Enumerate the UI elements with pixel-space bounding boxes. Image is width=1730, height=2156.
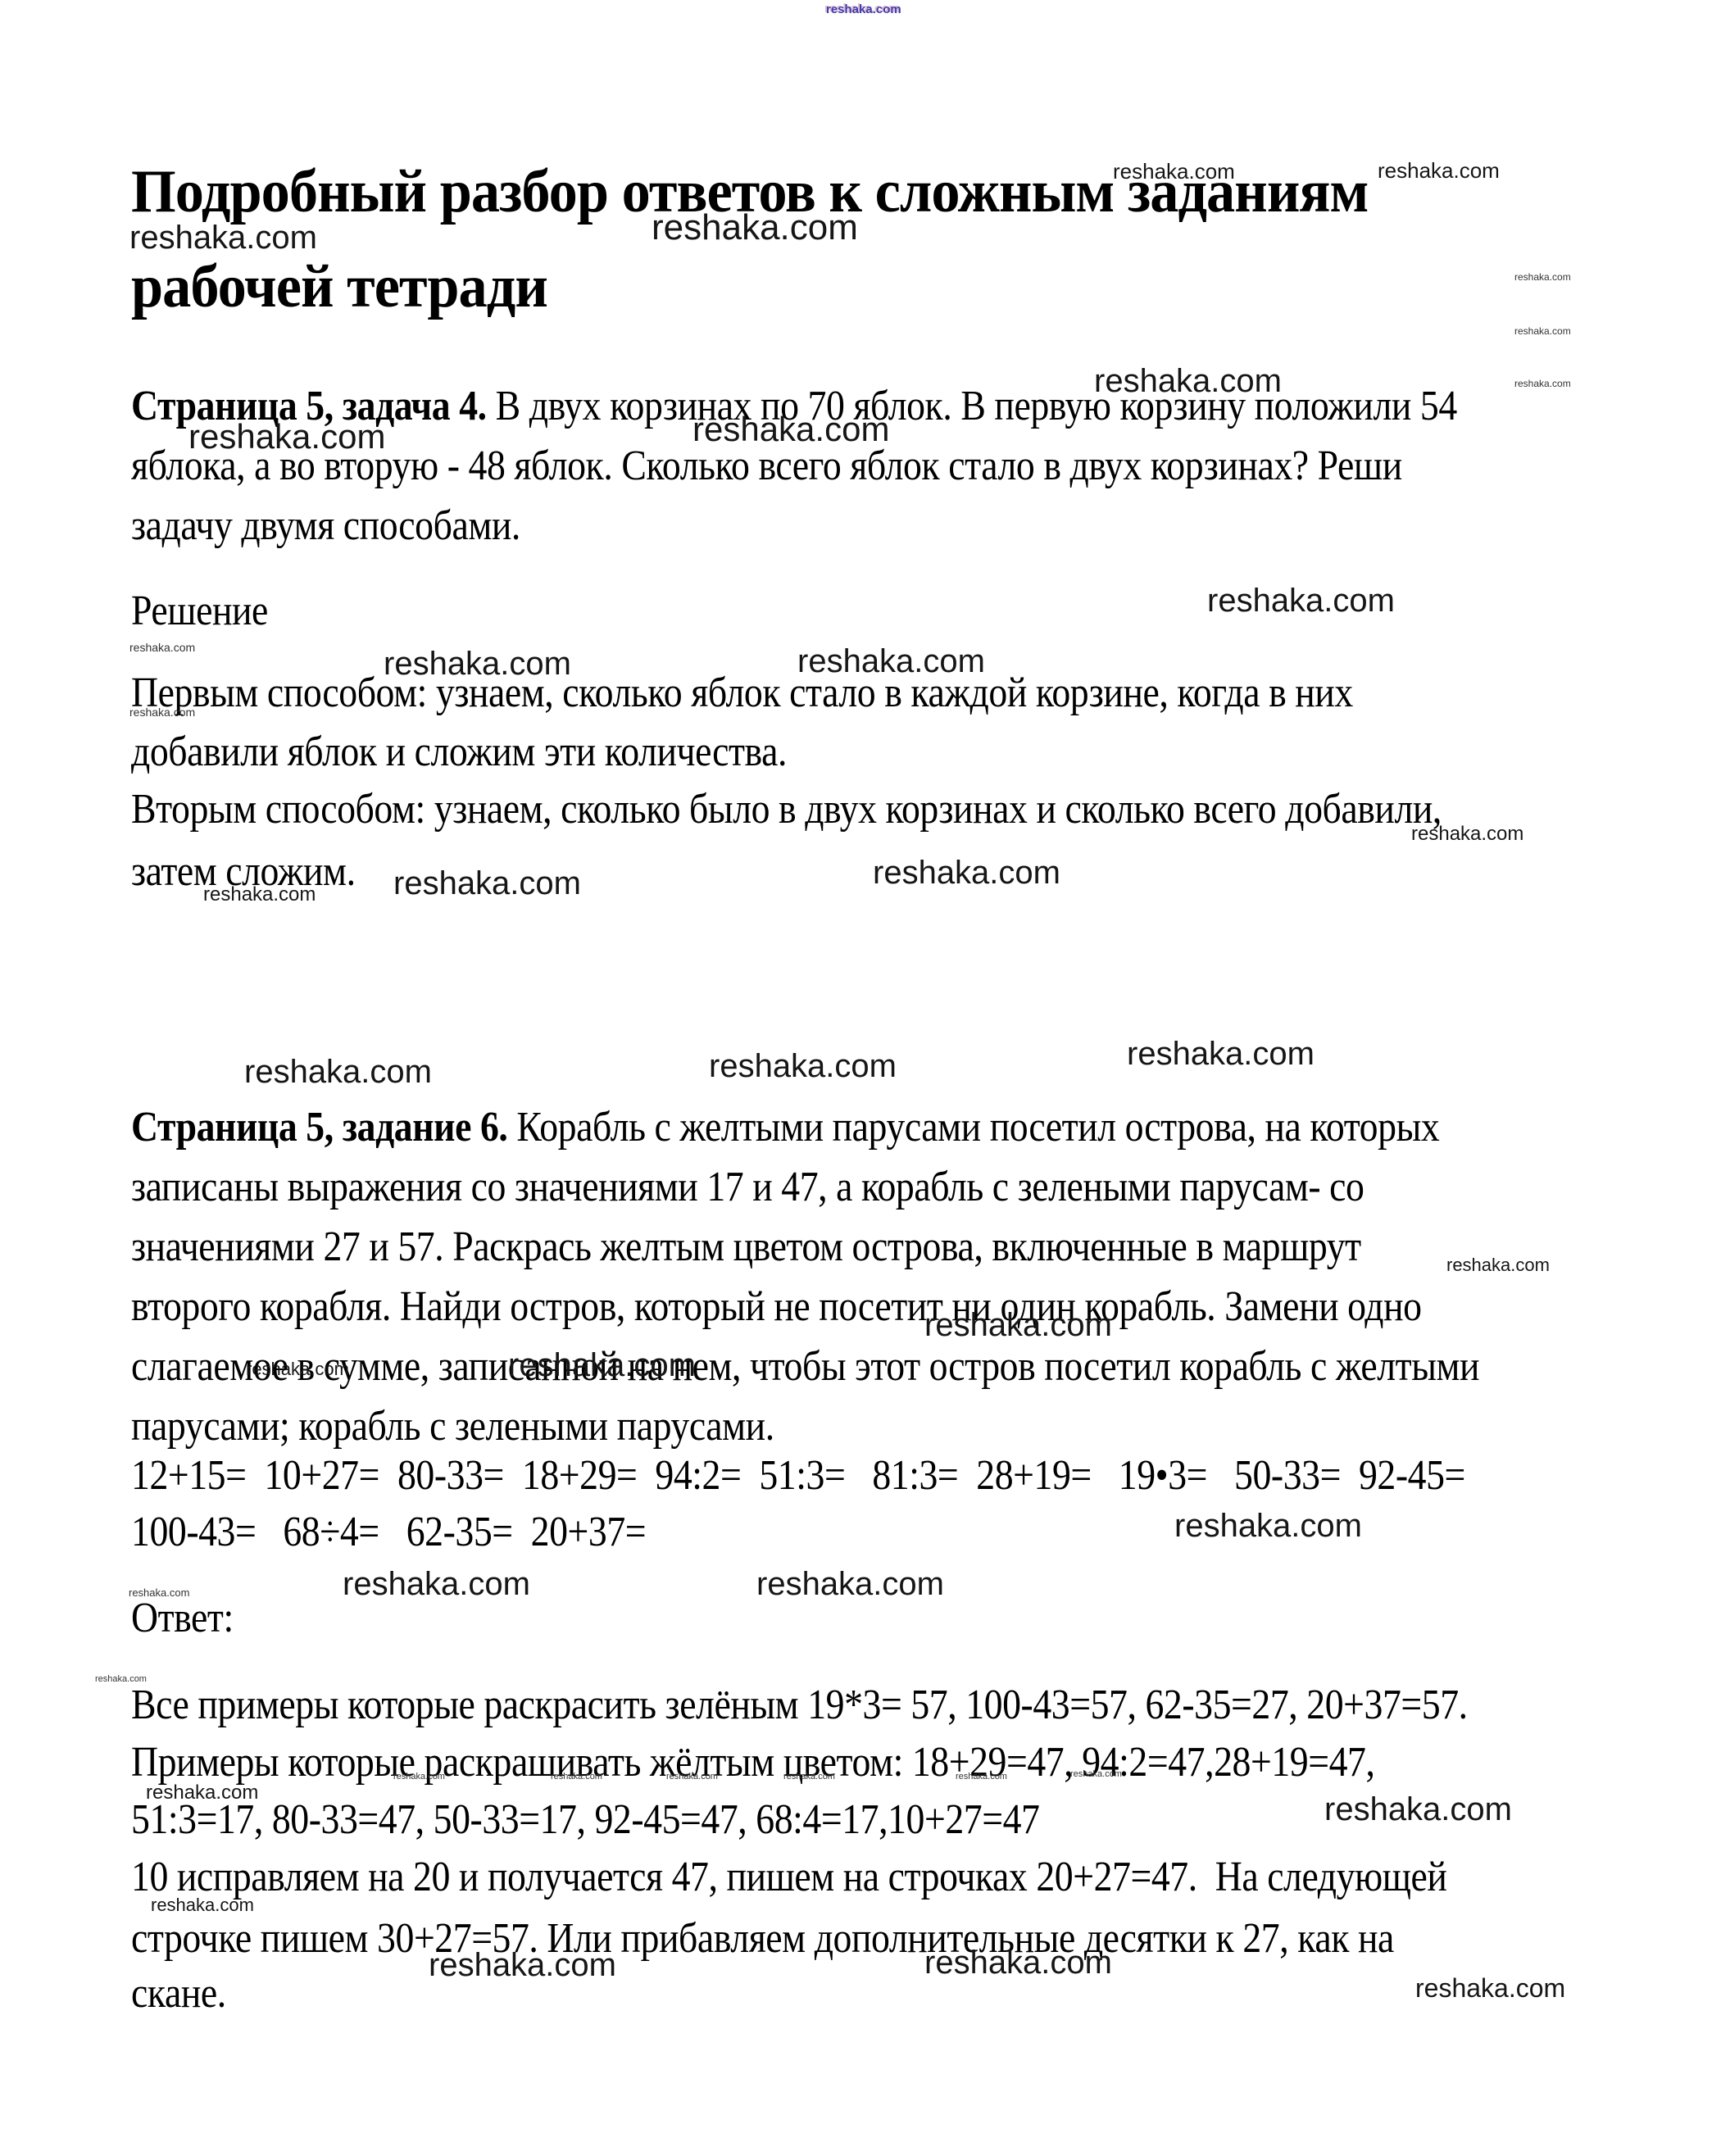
- watermark: reshaka.com: [1070, 1770, 1122, 1779]
- watermark: reshaka.com: [1514, 272, 1571, 282]
- watermark: reshaka.com: [652, 210, 858, 246]
- watermark: reshaka.com: [188, 420, 385, 454]
- watermark: reshaka.com: [1514, 326, 1571, 336]
- watermark: reshaka.com: [151, 1896, 254, 1914]
- task4-line-1-rest: В двух корзинах по 70 яблок. В первую ко…: [487, 383, 1457, 429]
- watermark: reshaka.com: [1324, 1793, 1512, 1826]
- watermark: reshaka.com: [393, 1772, 445, 1782]
- expressions-row-1: 12+15= 10+27= 80-33= 18+29= 94:2= 51:3= …: [131, 1451, 1465, 1500]
- task6-line-1-rest: Корабль с желтыми парусами посетил остро…: [507, 1104, 1439, 1151]
- watermark: reshaka.com: [129, 706, 195, 718]
- watermark: reshaka.com: [1446, 1256, 1550, 1274]
- watermark: reshaka.com: [203, 885, 316, 905]
- watermark: reshaka.com: [1378, 160, 1500, 181]
- watermark: reshaka.com: [956, 1772, 1007, 1782]
- page-title-line-2: рабочей тетради: [131, 252, 547, 322]
- watermark: reshaka.com: [1113, 161, 1235, 182]
- watermark: reshaka.com: [924, 1309, 1112, 1341]
- task6-line-2: записаны выражения со значениями 17 и 47…: [131, 1163, 1364, 1212]
- task6-line-6: парусами; корабль с зелеными парусами.: [131, 1402, 774, 1451]
- task6-line-3: значениями 27 и 57. Раскрась желтым цвет…: [131, 1223, 1361, 1272]
- watermark: reshaka.com: [508, 1349, 696, 1382]
- watermark: reshaka.com: [393, 867, 581, 900]
- task6-lead: Страница 5, задание 6.: [131, 1104, 507, 1151]
- answer-line-4: 10 исправляем на 20 и получается 47, пиш…: [131, 1853, 1446, 1902]
- answer-line-3: 51:3=17, 80-33=47, 50-33=17, 92-45=47, 6…: [131, 1795, 1039, 1845]
- watermark: reshaka.com: [1207, 584, 1395, 617]
- watermark: reshaka.com: [244, 1055, 432, 1088]
- watermark: reshaka.com: [924, 1946, 1112, 1979]
- solution-line-1: Первым способом: узнаем, сколько яблок с…: [131, 669, 1353, 718]
- solution-line-2: добавили яблок и сложим эти количества.: [131, 728, 787, 777]
- watermark: reshaka.com: [384, 647, 571, 680]
- watermark: reshaka.com: [873, 856, 1060, 889]
- watermark: reshaka.com: [709, 1050, 897, 1083]
- watermark: reshaka.com: [756, 1568, 944, 1600]
- answer-line-2: Примеры которые раскрашивать жёлтым цвет…: [131, 1738, 1374, 1787]
- watermark: reshaka.com: [1094, 365, 1282, 397]
- watermark: reshaka.com: [146, 1783, 258, 1803]
- expressions-row-2: 100-43= 68÷4= 62-35= 20+37=: [131, 1508, 646, 1557]
- watermark: reshaka.com: [1174, 1509, 1362, 1542]
- watermark: reshaka.com: [343, 1568, 530, 1600]
- watermark: reshaka.com: [1127, 1037, 1315, 1070]
- watermark: reshaka.com: [129, 1587, 189, 1598]
- solution-heading: Решение: [131, 587, 268, 636]
- watermark: reshaka.com: [666, 1772, 718, 1782]
- watermark: reshaka.com: [1411, 824, 1523, 844]
- task6-line-1: Страница 5, задание 6. Корабль с желтыми…: [131, 1103, 1439, 1152]
- watermark: reshaka.com: [551, 1772, 602, 1782]
- watermark: reshaka.com: [129, 642, 195, 653]
- solution-line-3: Вторым способом: узнаем, сколько было в …: [131, 785, 1442, 834]
- watermark: reshaka.com: [826, 3, 901, 16]
- document-page: Подробный разбор ответов к сложным задан…: [0, 0, 1730, 2156]
- answer-label: Ответ:: [131, 1594, 234, 1643]
- watermark: reshaka.com: [797, 645, 985, 678]
- watermark: reshaka.com: [246, 1360, 349, 1378]
- watermark: reshaka.com: [95, 1675, 147, 1684]
- watermark: reshaka.com: [129, 221, 317, 254]
- watermark: reshaka.com: [783, 1772, 835, 1782]
- task4-line-3: задачу двумя способами.: [131, 502, 520, 551]
- task6-line-4: второго корабля. Найди остров, который н…: [131, 1282, 1422, 1332]
- watermark: reshaka.com: [1415, 1975, 1565, 2001]
- watermark: reshaka.com: [1514, 379, 1571, 388]
- answer-line-5: строчке пишем 30+27=57. Или прибавляем д…: [131, 1914, 1394, 1963]
- watermark: reshaka.com: [429, 1949, 616, 1981]
- watermark: reshaka.com: [692, 412, 889, 447]
- answer-line-6: скане.: [131, 1969, 226, 2018]
- answer-line-1: Все примеры которые раскрасить зелёным 1…: [131, 1681, 1468, 1730]
